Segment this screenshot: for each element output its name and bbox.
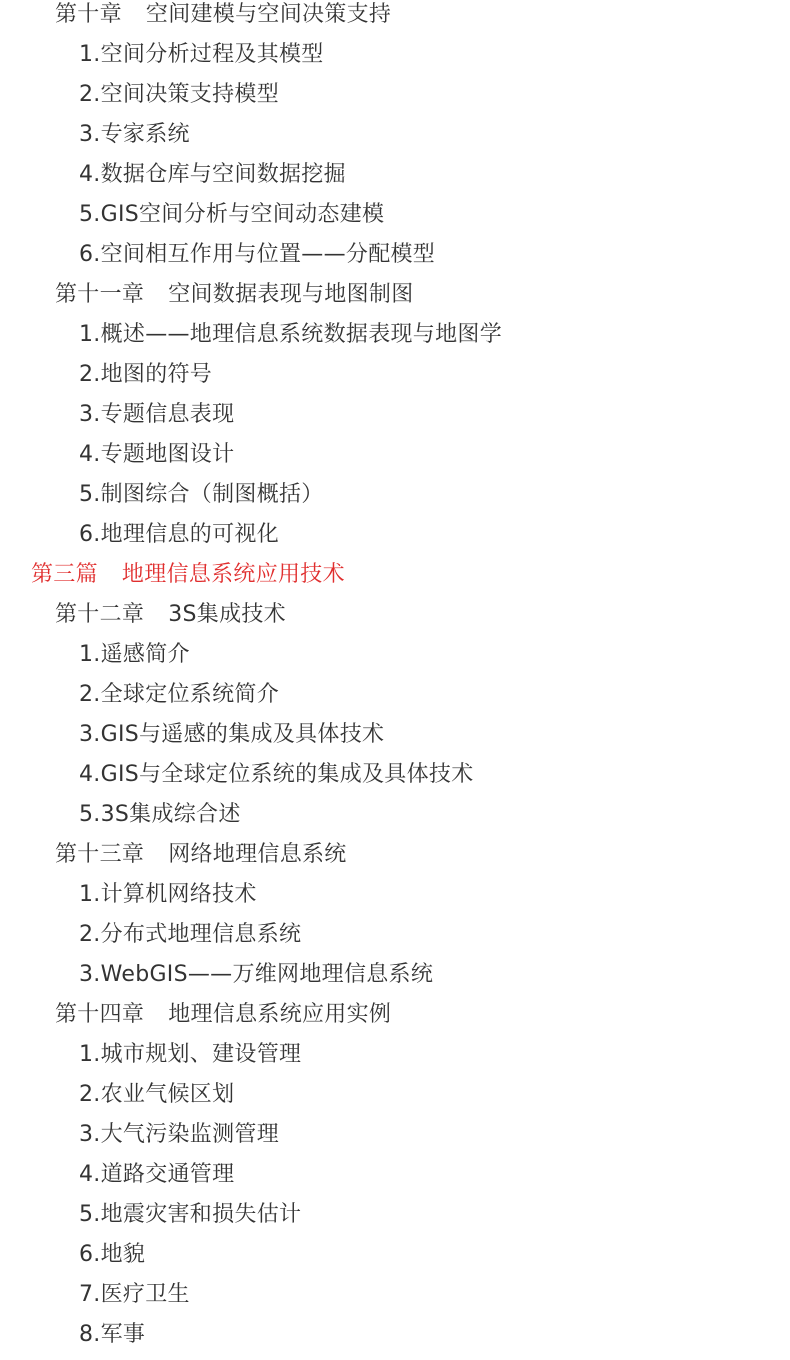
toc-item: 5.制图综合（制图概括） [0, 475, 790, 515]
chapter-label: 第十四章 [55, 1002, 144, 1027]
chapter-heading: 第十章空间建模与空间决策支持 [0, 0, 790, 35]
chapter-label: 第十二章 [55, 602, 144, 627]
toc-item: 2.全球定位系统简介 [0, 675, 790, 715]
table-of-contents: 第十章空间建模与空间决策支持 1.空间分析过程及其模型 2.空间决策支持模型 3… [0, 0, 790, 1355]
chapter-title: 网络地理信息系统 [168, 842, 346, 867]
toc-item: 6.地理信息的可视化 [0, 515, 790, 555]
part-title: 地理信息系统应用技术 [122, 562, 345, 587]
toc-item: 2.农业气候区划 [0, 1075, 790, 1115]
toc-item: 6.地貌 [0, 1235, 790, 1275]
chapter-label: 第十三章 [55, 842, 144, 867]
toc-item: 4.专题地图设计 [0, 435, 790, 475]
toc-item: 3.GIS与遥感的集成及具体技术 [0, 715, 790, 755]
toc-item: 2.地图的符号 [0, 355, 790, 395]
chapter-heading: 第十二章3S集成技术 [0, 595, 790, 635]
toc-item: 7.医疗卫生 [0, 1275, 790, 1315]
toc-item: 2.空间决策支持模型 [0, 75, 790, 115]
toc-item: 5.地震灾害和损失估计 [0, 1195, 790, 1235]
toc-item: 8.军事 [0, 1315, 790, 1355]
chapter-title: 地理信息系统应用实例 [168, 1002, 391, 1027]
toc-item: 3.大气污染监测管理 [0, 1115, 790, 1155]
toc-item: 1.遥感简介 [0, 635, 790, 675]
toc-item: 3.专家系统 [0, 115, 790, 155]
toc-item: 4.道路交通管理 [0, 1155, 790, 1195]
toc-item: 1.概述——地理信息系统数据表现与地图学 [0, 315, 790, 355]
toc-item: 5.3S集成综合述 [0, 795, 790, 835]
toc-item: 4.GIS与全球定位系统的集成及具体技术 [0, 755, 790, 795]
toc-item: 5.GIS空间分析与空间动态建模 [0, 195, 790, 235]
toc-item: 1.计算机网络技术 [0, 875, 790, 915]
toc-item: 1.空间分析过程及其模型 [0, 35, 790, 75]
chapter-heading: 第十一章空间数据表现与地图制图 [0, 275, 790, 315]
toc-item: 1.城市规划、建设管理 [0, 1035, 790, 1075]
chapter-title: 空间数据表现与地图制图 [168, 282, 413, 307]
chapter-title: 空间建模与空间决策支持 [146, 2, 391, 27]
chapter-heading: 第十四章地理信息系统应用实例 [0, 995, 790, 1035]
toc-item: 2.分布式地理信息系统 [0, 915, 790, 955]
chapter-label: 第十章 [55, 2, 122, 27]
part-heading: 第三篇地理信息系统应用技术 [0, 555, 790, 595]
chapter-heading: 第十三章网络地理信息系统 [0, 835, 790, 875]
toc-item: 3.WebGIS——万维网地理信息系统 [0, 955, 790, 995]
chapter-label: 第十一章 [55, 282, 144, 307]
part-label: 第三篇 [31, 562, 98, 587]
toc-item: 3.专题信息表现 [0, 395, 790, 435]
toc-item: 6.空间相互作用与位置——分配模型 [0, 235, 790, 275]
chapter-title: 3S集成技术 [168, 602, 286, 627]
toc-item: 4.数据仓库与空间数据挖掘 [0, 155, 790, 195]
